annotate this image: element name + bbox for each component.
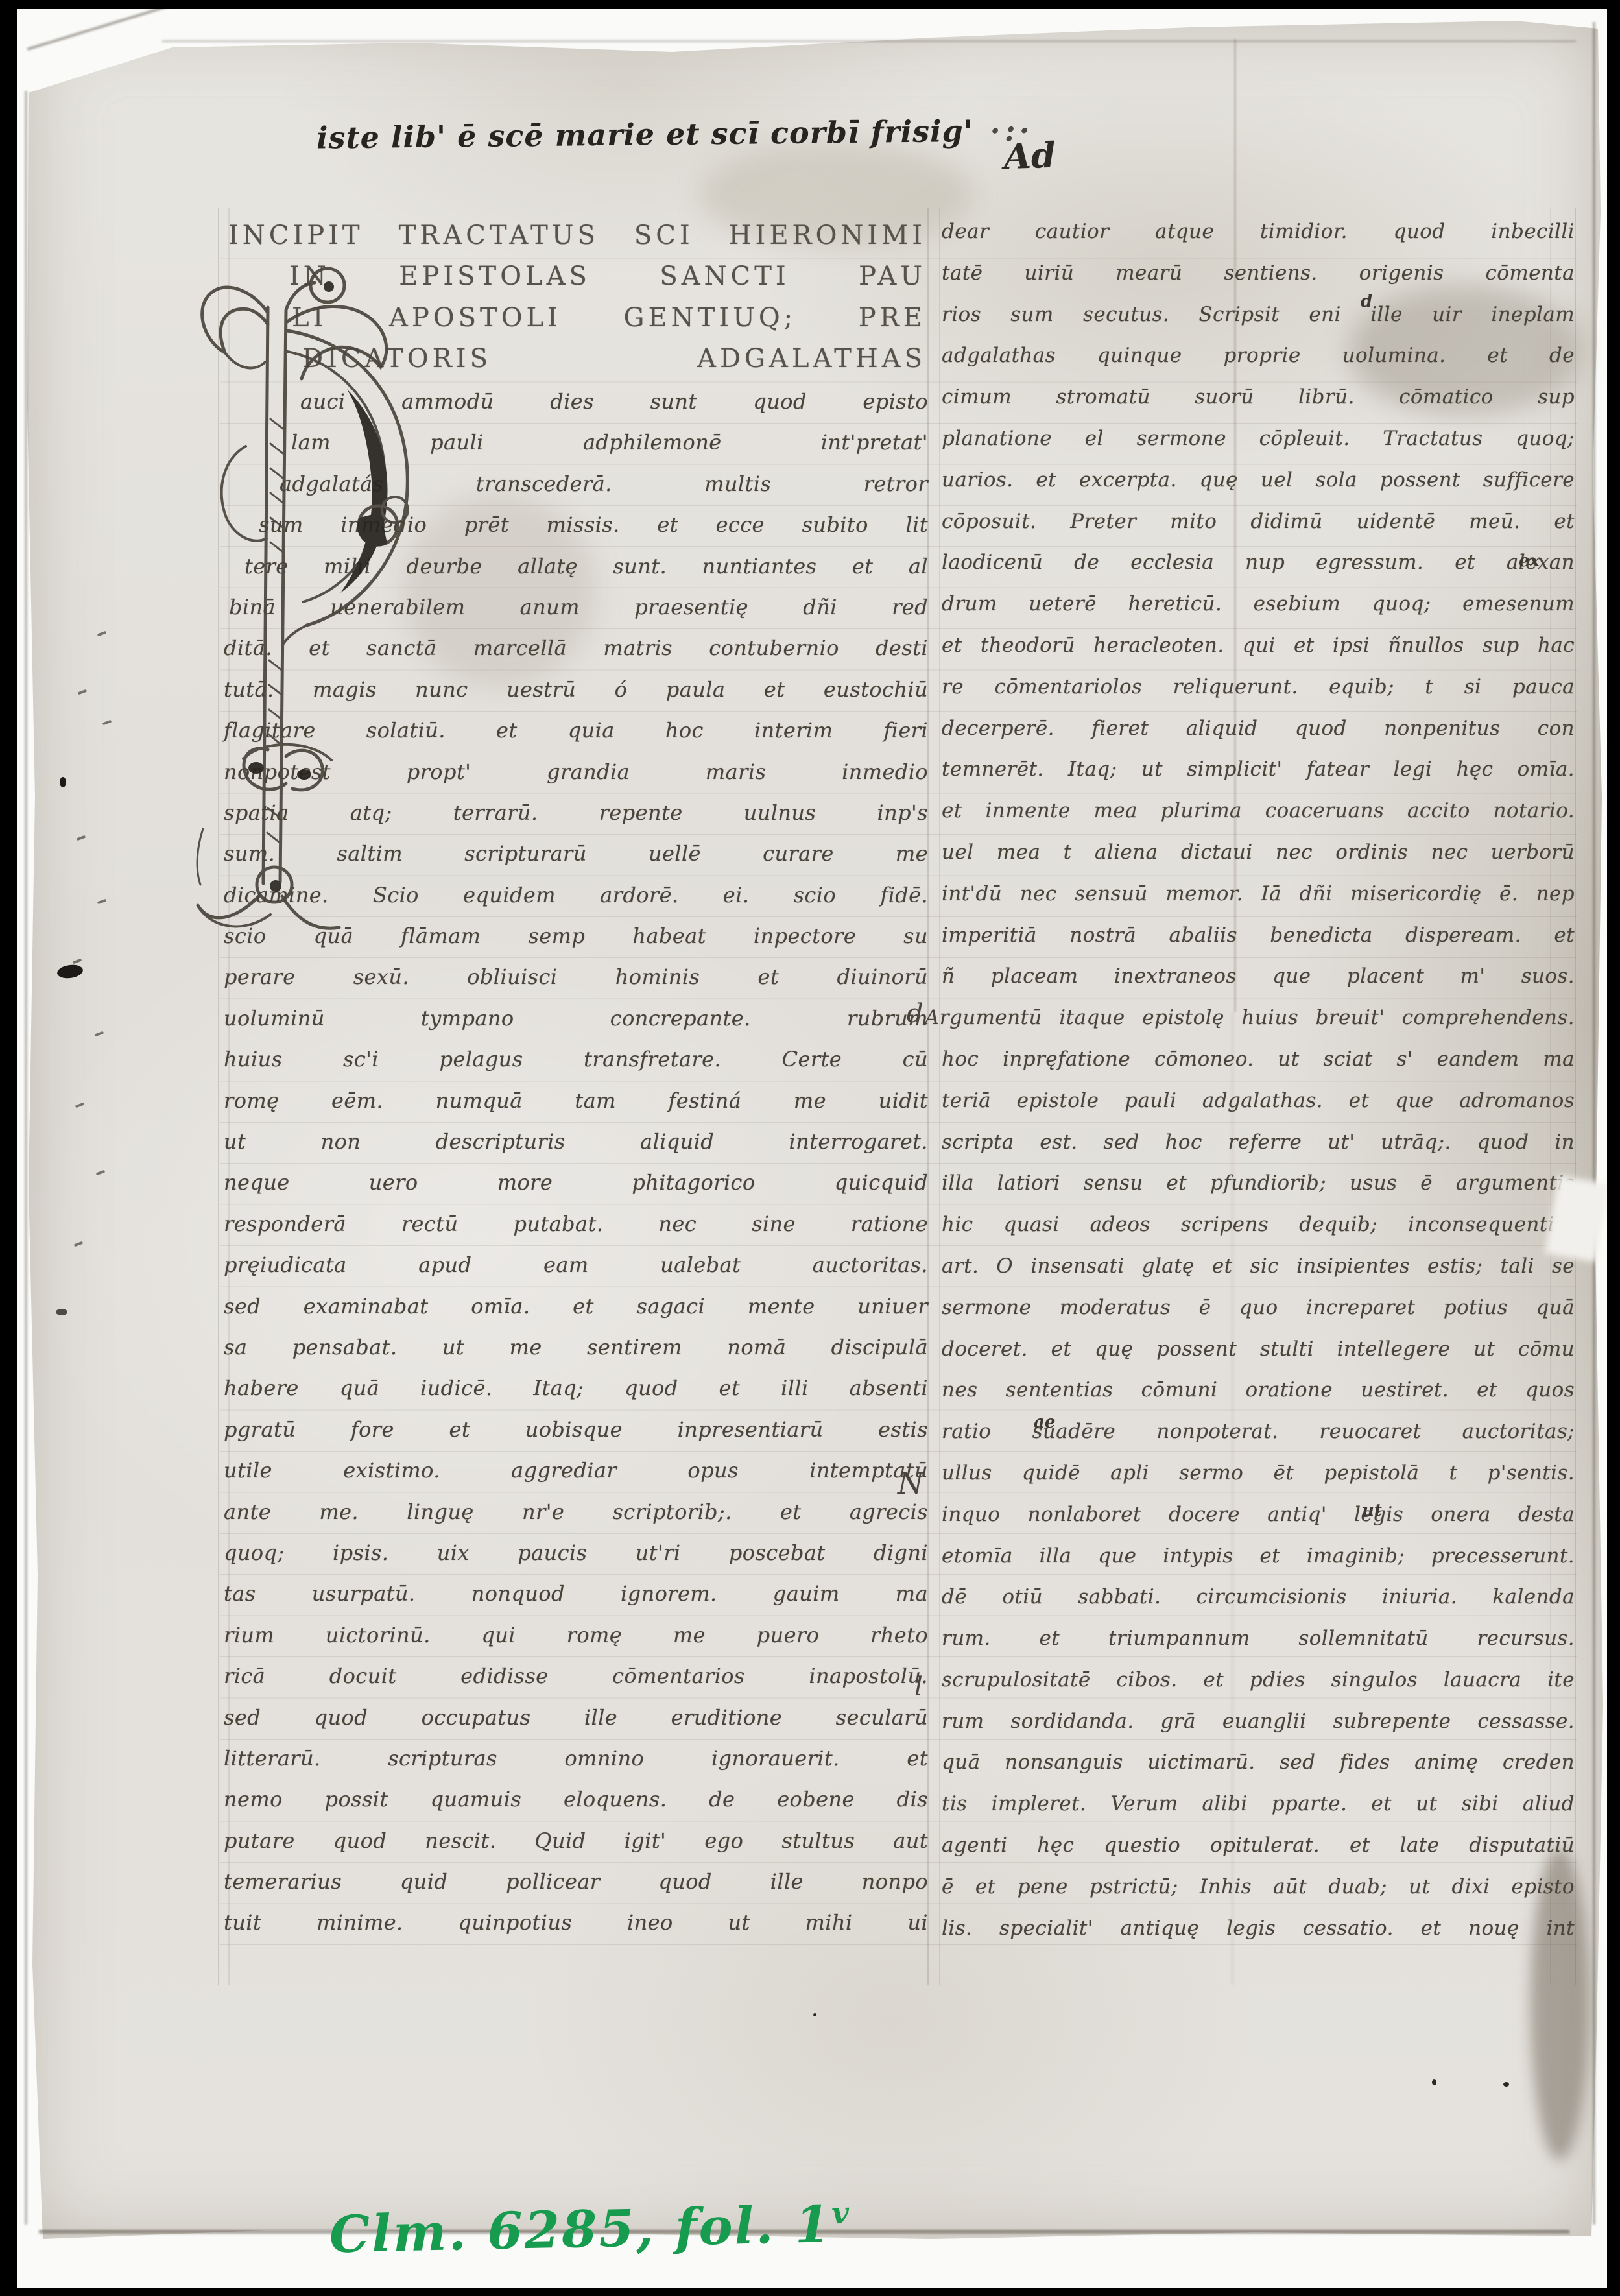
manuscript-line: utile existimo. aggrediar opus intemptat…	[224, 1453, 928, 1494]
manuscript-line: sa pensabat. ut me sentirem nomā discipu…	[224, 1330, 928, 1370]
manuscript-line: habere quā iudicē. Itaq; quod et illi ab…	[224, 1370, 928, 1411]
manuscript-line: huius sc'i pelagus transfretare. Certe c…	[224, 1042, 928, 1082]
manuscript-line: hoc inpręfatione cōmoneo. ut sciat s' ea…	[942, 1042, 1575, 1083]
column-ruling-line	[1575, 208, 1576, 1985]
manuscript-line: etomīa illa que intypis et imaginib; pre…	[942, 1538, 1575, 1580]
top-page-edge	[162, 40, 1576, 42]
manuscript-line: hic quasi adeos scripens dequib; inconse…	[942, 1207, 1575, 1249]
manuscript-line: ricā docuit edidisse cōmentarios inapost…	[224, 1658, 928, 1699]
manuscript-line: Argumentū itaque epistolę huius breuit' …	[925, 1000, 1575, 1042]
photo-frame-bottom	[0, 2288, 1620, 2296]
caption-text: Clm. 6285, fol. 1	[329, 2195, 832, 2264]
manuscript-line: quā nonsanguis uictimarū. sed fides anim…	[942, 1745, 1575, 1786]
interlinear-correction: ut	[1362, 1501, 1382, 1520]
manuscript-line: scrupulositatē cibos. et pdies singulos …	[942, 1662, 1575, 1704]
interlinear-correction: ex	[1519, 551, 1540, 571]
manuscript-line: pgratū fore et uobisque inpresentiarū es…	[224, 1412, 928, 1453]
manuscript-line: sermone moderatus ē quo increparet potiu…	[942, 1290, 1575, 1332]
manuscript-line: ante me. linguę nr'e scriptorib;. et agr…	[224, 1494, 928, 1535]
manuscript-line: temnerēt. Itaq; ut simplicit' fatear leg…	[942, 752, 1575, 793]
manuscript-line: illa latiori sensu et pfundiorib; usus ē…	[942, 1166, 1575, 1207]
manuscript-line: pręiudicata apud eam ualebat auctoritas.	[224, 1247, 928, 1288]
left-page-edge	[25, 91, 27, 2225]
ink-blot	[56, 1309, 67, 1315]
manuscript-line: agenti hęc questio opitulerat. et late d…	[942, 1828, 1575, 1869]
manuscript-line: cōposuit. Preter mito didimū uidentē meū…	[942, 504, 1575, 545]
manuscript-line: uel mea t aliena dictaui nec ordinis nec…	[942, 835, 1575, 876]
manuscript-line: dear cautior atque timidior. quod inbeci…	[942, 214, 1575, 256]
marginal-letter: l	[914, 1672, 923, 1702]
right-page-edge	[1593, 22, 1595, 2225]
manuscript-line: nes sententias cōmuni oratione uestiret.…	[942, 1372, 1575, 1414]
ink-speck	[1503, 2082, 1509, 2087]
manuscript-line: tuit minime. quinpotius ineo ut mihi ui	[224, 1905, 928, 1946]
manuscript-line: drum ueterē hereticū. esebium quoq; emes…	[942, 586, 1575, 628]
manuscript-line: scripta est. sed hoc referre ut' utrāq;.…	[942, 1125, 1575, 1166]
manuscript-line: sed examinabat omīa. et sagaci mente uni…	[224, 1289, 928, 1330]
manuscript-line: laodicenū de ecclesia nup egressum. et a…	[942, 545, 1575, 586]
marginal-letter: d	[907, 999, 923, 1029]
interlinear-correction: ae	[1034, 1413, 1055, 1432]
photo-frame-right	[1607, 0, 1620, 2296]
manuscript-line: rium uictorinū. qui romę me puero rheto	[224, 1618, 928, 1658]
manuscript-line: perare sexū. obliuisci hominis et diuino…	[224, 959, 928, 1000]
manuscript-line: rum sordidanda. grā euanglii subrepente …	[942, 1704, 1575, 1745]
manuscript-line: rum. et triumpannum sollemnitatū recursu…	[942, 1621, 1575, 1662]
manuscript-line: rios sum secutus. Scripsit eni ille uir …	[942, 297, 1575, 339]
column-ruling-line	[939, 208, 940, 1985]
manuscript-line: ut non descripturis aliquid interrogaret…	[224, 1124, 928, 1165]
initial-p-illumination	[184, 245, 422, 953]
ink-speck	[813, 2013, 816, 2016]
manuscript-line: tas usurpatū. nonquod ignorem. gauim ma	[224, 1576, 928, 1617]
manuscript-line: ñ placeam inextraneos que placent m' suo…	[942, 959, 1575, 1000]
manuscript-line: et theodorū heracleoten. qui et ipsi ñnu…	[942, 628, 1575, 669]
manuscript-line: adgalathas quinque proprie uolumina. et …	[942, 338, 1575, 379]
photo-frame-left	[0, 0, 17, 2296]
manuscript-line: neque uero more phitagorico quicquid	[224, 1165, 928, 1206]
manuscript-line: lis. specialit' antiquę legis cessatio. …	[942, 1911, 1575, 1952]
manuscript-line: et inmente mea plurima coaceruans accito…	[942, 793, 1575, 835]
manuscript-line: planatione el sermone cōpleuit. Tractatu…	[942, 421, 1575, 462]
ex-libris-text: iste lib' ē scē marie et scī corbī frisi…	[316, 114, 973, 156]
manuscript-line: ē et pene pstrictū; Inhis aūt duab; ut d…	[942, 1869, 1575, 1911]
manuscript-line: tatē uiriū mearū sentiens. origenis cōme…	[942, 256, 1575, 297]
caption-superscript: v	[831, 2195, 852, 2231]
photo-frame-top	[0, 0, 1620, 9]
manuscript-line: temerarius quid pollicear quod ille nonp…	[224, 1864, 928, 1905]
ink-speck	[1432, 2079, 1436, 2085]
shelfmark: Ad	[1003, 134, 1056, 178]
manuscript-line: imperitiā nostrā abaliis benedicta dispe…	[942, 918, 1575, 959]
manuscript-line: teriā epistole pauli adgalathas. et que …	[942, 1083, 1575, 1125]
interlinear-correction: d	[1361, 292, 1372, 311]
manuscript-line: ullus quidē apli sermo ēt pepistolā t p'…	[942, 1455, 1575, 1497]
manuscript-line: romę eēm. numquā tam festiná me uidit	[224, 1083, 928, 1124]
manuscript-line: litterarū. scripturas omnino ignorauerit…	[224, 1741, 928, 1782]
manuscript-line: inquo nonlaboret docere antiq' legis one…	[942, 1497, 1575, 1538]
manuscript-line: art. O insensati glatę et sic insipiente…	[942, 1249, 1575, 1290]
right-text-column: dear cautior atque timidior. quod inbeci…	[942, 214, 1575, 1952]
manuscript-line: re cōmentariolos reliquerunt. equib; t s…	[942, 669, 1575, 711]
ink-blot	[60, 777, 66, 787]
manuscript-line: dē otiū sabbati. circumcisionis iniuria.…	[942, 1579, 1575, 1621]
manuscript-line: int'dū nec sensuū memor. Iā dñi miserico…	[942, 876, 1575, 918]
manuscript-line: responderā rectū putabat. nec sine ratio…	[224, 1206, 928, 1247]
catalog-caption: Clm. 6285, fol. 1v	[329, 2195, 852, 2265]
marginal-letter: N	[898, 1466, 923, 1501]
manuscript-line: doceret. et quę possent stulti intellege…	[942, 1332, 1575, 1373]
manuscript-line: cimum stromatū suorū librū. cōmatico sup	[942, 379, 1575, 421]
manuscript-line: putare quod nescit. Quid igit' ego stult…	[224, 1823, 928, 1864]
manuscript-line: decerperē. fieret aliquid quod nonpenitu…	[942, 711, 1575, 752]
manuscript-scan: iste lib' ē scē marie et scī corbī frisi…	[0, 0, 1620, 2296]
manuscript-line: uarios. et excerpta. quę uel sola possen…	[942, 462, 1575, 504]
manuscript-line: uoluminū tympano concrepante. rubrum	[224, 1001, 928, 1042]
manuscript-line: quoq; ipsis. uix paucis ut'ri poscebat d…	[224, 1535, 928, 1576]
manuscript-line: sed quod occupatus ille eruditione secul…	[224, 1700, 928, 1741]
manuscript-line: nemo possit quamuis eloquens. de eobene …	[224, 1782, 928, 1823]
manuscript-line: tis impleret. Verum alibi pparte. et ut …	[942, 1786, 1575, 1828]
ex-libris-inscription: iste lib' ē scē marie et scī corbī frisi…	[316, 114, 1004, 154]
corner-cut-edge	[27, 4, 171, 51]
